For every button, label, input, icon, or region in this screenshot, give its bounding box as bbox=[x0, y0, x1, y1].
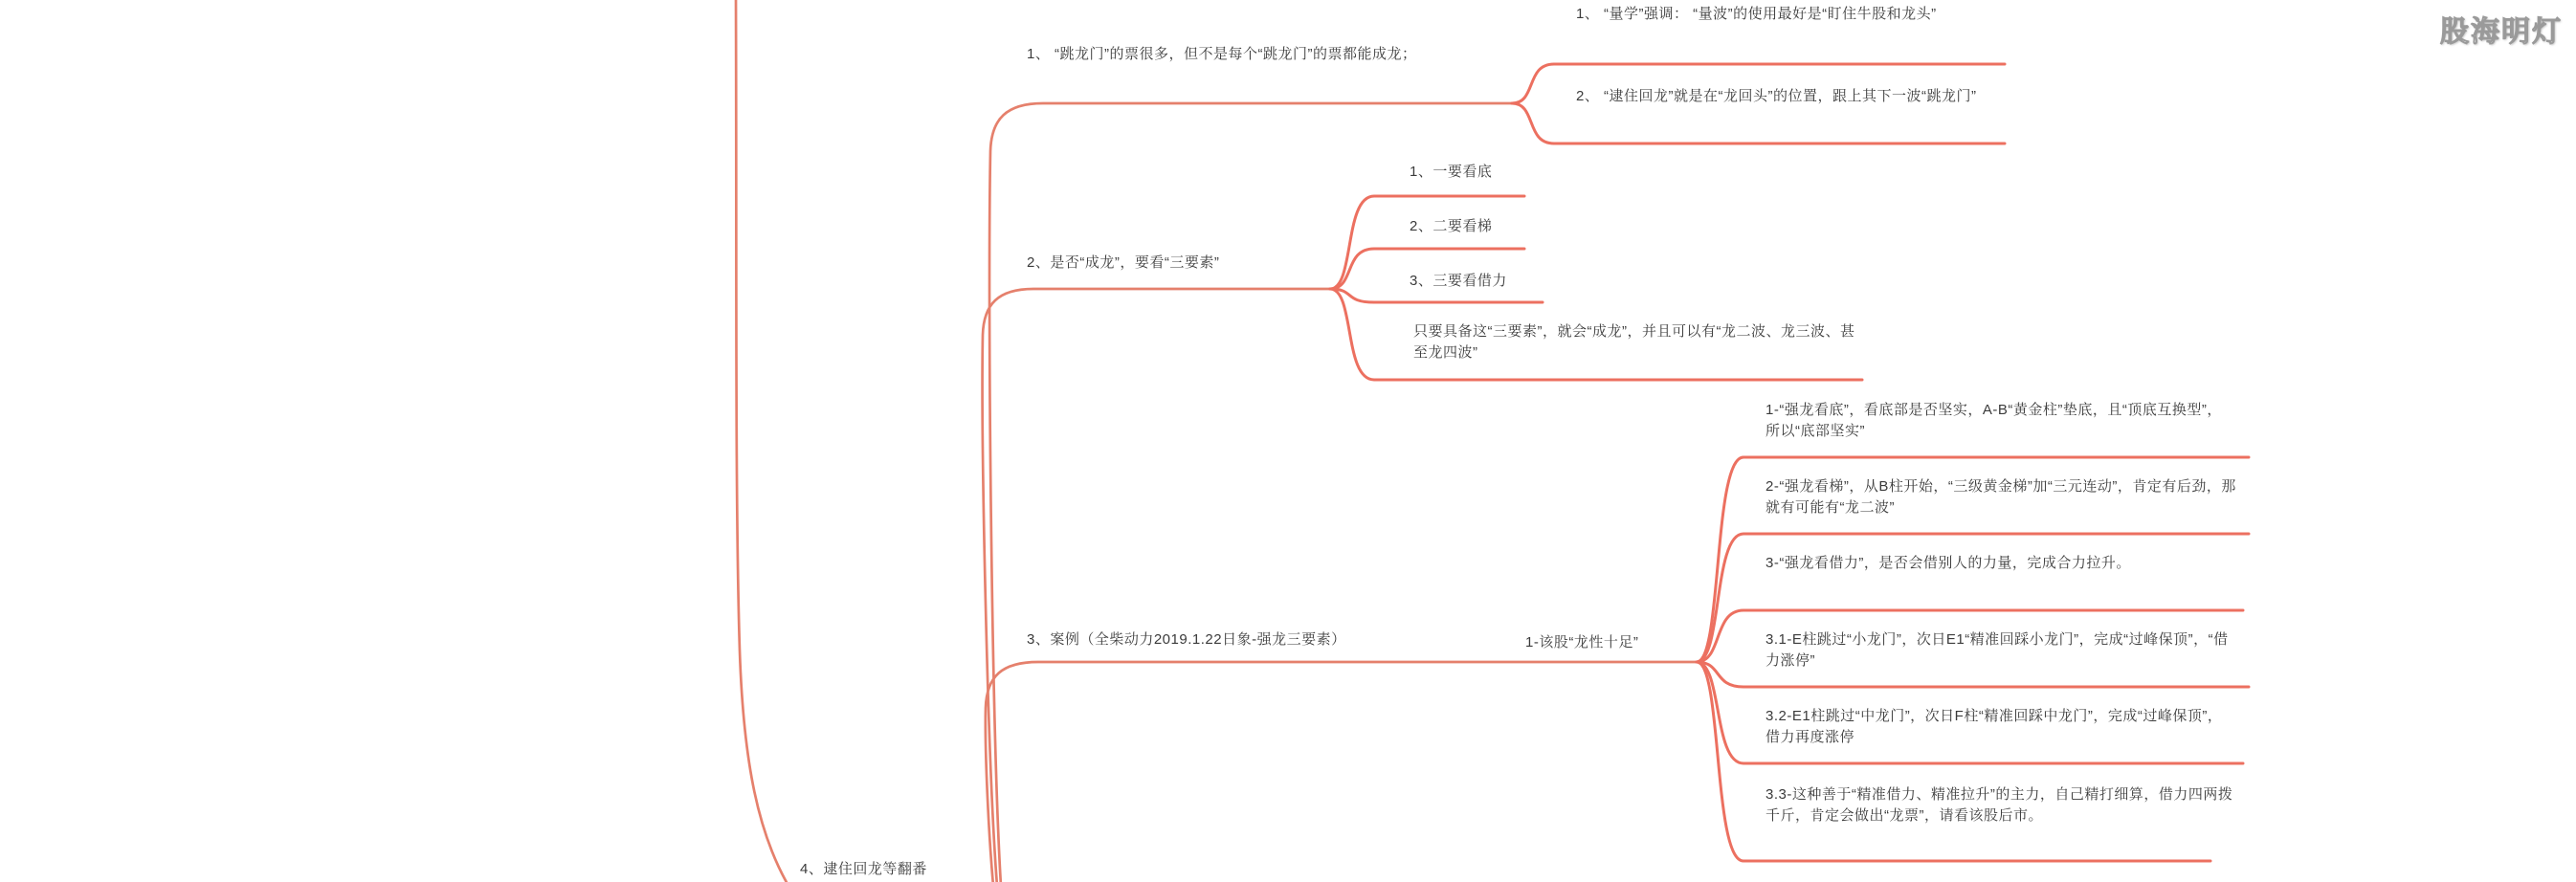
node-jumping-dragon-gate[interactable]: 1、 “跳龙门”的票很多，但不是每个“跳龙门”的票都能成龙； bbox=[1027, 44, 1477, 65]
node-three-elements[interactable]: 2、是否“成龙”，要看“三要素” bbox=[1027, 253, 1219, 274]
node-liangxue-emphasis[interactable]: 1、 “量学”强调： “量波”的使用最好是“盯住牛股和龙头” bbox=[1576, 4, 2024, 25]
node-strong-dragon-bottom[interactable]: 1-“强龙看底”，看底部是否坚实，A-B“黄金柱”垫底，且“顶底互换型”，所以“… bbox=[1765, 400, 2236, 442]
node-look-ladder[interactable]: 2、二要看梯 bbox=[1410, 216, 1492, 237]
watermark-guhai-mingdeng: 股海明灯 bbox=[2440, 8, 2563, 50]
node-precise-leverage-main-force[interactable]: 3.3-这种善于“精准借力、精准拉升”的主力，自己精打细算，借力四两拨千斤，肯定… bbox=[1765, 784, 2236, 827]
branch-node3 bbox=[986, 662, 1697, 882]
node-look-bottom[interactable]: 1、一要看底 bbox=[1410, 162, 1492, 183]
node-dragon-nature[interactable]: 1-该股“龙性十足” bbox=[1525, 632, 1638, 653]
node-middle-dragon-gate[interactable]: 3.2-E1柱跳过“中龙门”，次日F柱“精准回踩中龙门”，完成“过峰保顶”，借力… bbox=[1765, 706, 2236, 748]
branch-node2 bbox=[983, 289, 1330, 882]
node-strong-dragon-ladder[interactable]: 2-“强龙看梯”，从B柱开始，“三级黄金梯”加“三元连动”，肯定有后劲，那就有可… bbox=[1765, 476, 2236, 518]
node-small-dragon-gate[interactable]: 3.1-E柱跳过“小龙门”，次日E1“精准回踩小龙门”，完成“过峰保顶”，“借力… bbox=[1765, 629, 2236, 672]
node-catch-returning-dragon[interactable]: 4、逮住回龙等翻番 bbox=[800, 859, 927, 880]
node-case-study[interactable]: 3、案例（全柴动力2019.1.22日象-强龙三要素） bbox=[1027, 629, 1346, 650]
node-catch-returning-dragon-def[interactable]: 2、 “逮住回龙”就是在“龙回头”的位置，跟上其下一波“跳龙门” bbox=[1576, 86, 2024, 107]
branch-trunk bbox=[736, 0, 788, 882]
node-strong-dragon-leverage[interactable]: 3-“强龙看借力”，是否会借别人的力量，完成合力拉升。 bbox=[1765, 553, 2236, 574]
branch-node1-child2 bbox=[1512, 103, 2005, 143]
node-three-elements-result[interactable]: 只要具备这“三要素”，就会“成龙”，并且可以有“龙二波、龙三波、甚至龙四波” bbox=[1413, 321, 1855, 364]
branch-node31-child6 bbox=[1697, 662, 2210, 861]
node-look-leverage[interactable]: 3、三要看借力 bbox=[1410, 271, 1507, 292]
